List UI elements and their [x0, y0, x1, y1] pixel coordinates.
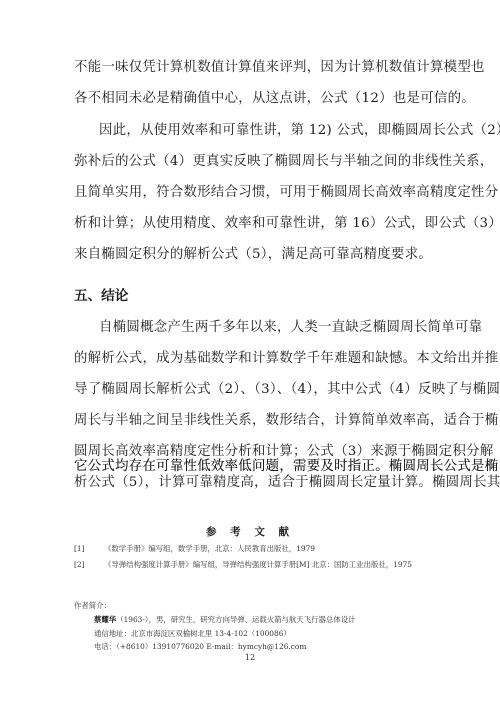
author-bio-text: （1963-），男，研究生，研究方向导弹、运载火箭与航天飞行器总体设计 — [116, 615, 355, 624]
author-bio: 蔡耀华（1963-），男，研究生，研究方向导弹、运载火箭与航天飞行器总体设计 — [94, 614, 356, 625]
author-label: 作者简介： — [74, 600, 111, 611]
page-number: 12 — [0, 653, 500, 662]
body-line: 它公式均存在可靠性低效率低问题，需要及时指正。椭圆周长公式是椭 — [74, 455, 498, 474]
references-title: 参 考 文 献 — [0, 524, 500, 539]
reference-text: 《导弹结构强度计算手册》编写组，导弹结构强度计算手册[M] 北京：国防工业出版社… — [104, 560, 412, 569]
reference-number: [1] — [74, 544, 104, 553]
reference-item: [1]《数学手册》编写组，数学手册，北京：人民教育出版社，1979 — [74, 543, 315, 554]
author-contact: 电话：（+8610）13910776020 E-mail：hymcyh@126.… — [94, 641, 306, 652]
author-name: 蔡耀华 — [94, 615, 116, 624]
author-address: 通信地址：北京市海淀区双榆树北里 13-4-102（100086） — [94, 628, 291, 639]
reference-item: [2]《导弹结构强度计算手册》编写组，导弹结构强度计算手册[M] 北京：国防工业… — [74, 559, 412, 570]
reference-number: [2] — [74, 560, 104, 569]
reference-text: 《数学手册》编写组，数学手册，北京：人民教育出版社，1979 — [104, 544, 315, 553]
